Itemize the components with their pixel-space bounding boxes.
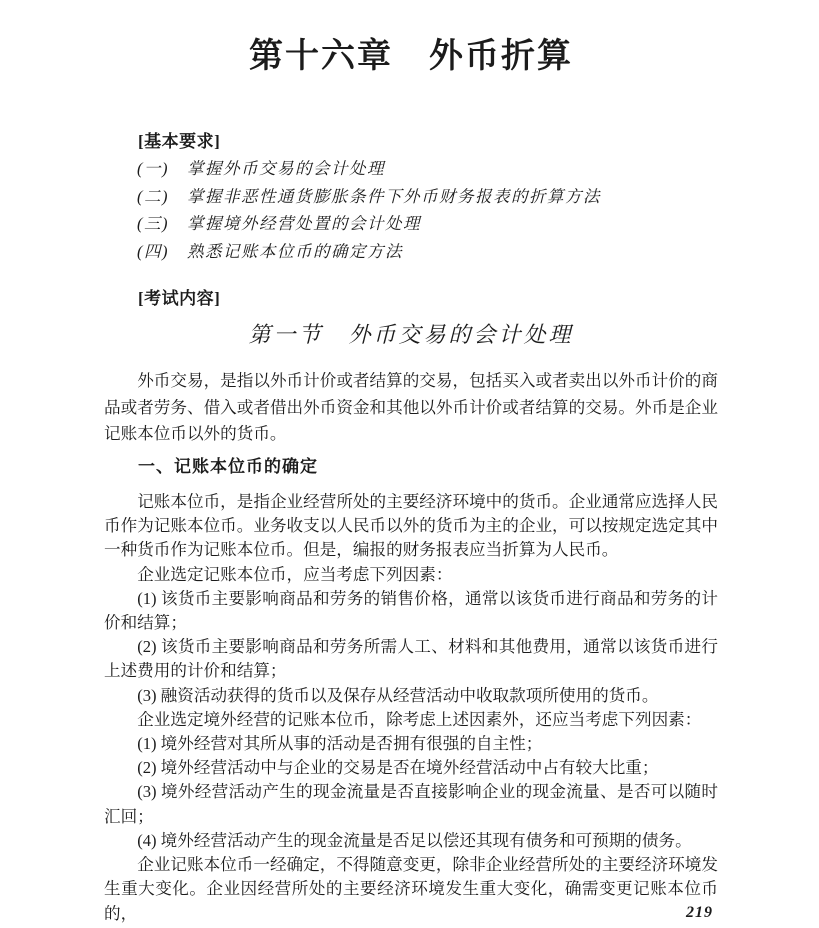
textbook-page: 第十六章 外币折算 [基本要求] (一) 掌握外币交易的会计处理 (二) 掌握非… xyxy=(0,0,819,928)
exam-content-label: [考试内容] xyxy=(104,285,718,312)
body-paragraph-overseas-lead: 企业选定境外经营的记账本位币，除考虑上述因素外，还应当考虑下列因素： xyxy=(104,708,718,732)
body-paragraph-functional-currency: 记账本位币，是指企业经营所处的主要经济环境中的货币。企业通常应选择人民币作为记账… xyxy=(104,490,718,563)
body-paragraph-overseas-factor-3: (3) 境外经营活动产生的现金流量是否直接影响企业的现金流量、是否可以随时汇回； xyxy=(104,780,718,828)
requirement-item-2: (二) 掌握非恶性通货膨胀条件下外币财务报表的折算方法 xyxy=(104,183,718,210)
body-paragraph-factor-2: (2) 该货币主要影响商品和劳务所需人工、材料和其他费用，通常以该货币进行上述费… xyxy=(104,635,718,683)
body-paragraph-factor-1: (1) 该货币主要影响商品和劳务的销售价格，通常以该货币进行商品和劳务的计价和结… xyxy=(104,587,718,635)
body-paragraph-overseas-factor-1: (1) 境外经营对其所从事的活动是否拥有很强的自主性； xyxy=(104,732,718,756)
intro-paragraph: 外币交易，是指以外币计价或者结算的交易，包括买入或者卖出以外币计价的商品或者劳务… xyxy=(104,368,718,447)
body-paragraph-factors-lead: 企业选定记账本位币，应当考虑下列因素： xyxy=(104,563,718,587)
page-number: 219 xyxy=(686,904,713,922)
requirement-item-3: (三) 掌握境外经营处置的会计处理 xyxy=(104,210,718,237)
requirement-item-1: (一) 掌握外币交易的会计处理 xyxy=(104,155,718,182)
subsection-heading: 一、记账本位币的确定 xyxy=(104,455,718,479)
basic-requirements-label: [基本要求] xyxy=(104,128,718,155)
body-paragraph-factor-3: (3) 融资活动获得的货币以及保存从经营活动中收取款项所使用的货币。 xyxy=(104,684,718,708)
requirement-item-4: (四) 熟悉记账本位币的确定方法 xyxy=(104,238,718,265)
chapter-title: 第十六章 外币折算 xyxy=(104,0,718,78)
body-paragraph-overseas-factor-2: (2) 境外经营活动中与企业的交易是否在境外经营活动中占有较大比重； xyxy=(104,756,718,780)
section-title: 第一节 外币交易的会计处理 xyxy=(104,320,718,350)
page-content-column: 第十六章 外币折算 [基本要求] (一) 掌握外币交易的会计处理 (二) 掌握非… xyxy=(104,0,718,926)
body-paragraph-overseas-factor-4: (4) 境外经营活动产生的现金流量是否足以偿还其现有债务和可预期的债务。 xyxy=(104,829,718,853)
body-paragraph-change-rule: 企业记账本位币一经确定，不得随意变更，除非企业经营所处的主要经济环境发生重大变化… xyxy=(104,853,718,926)
